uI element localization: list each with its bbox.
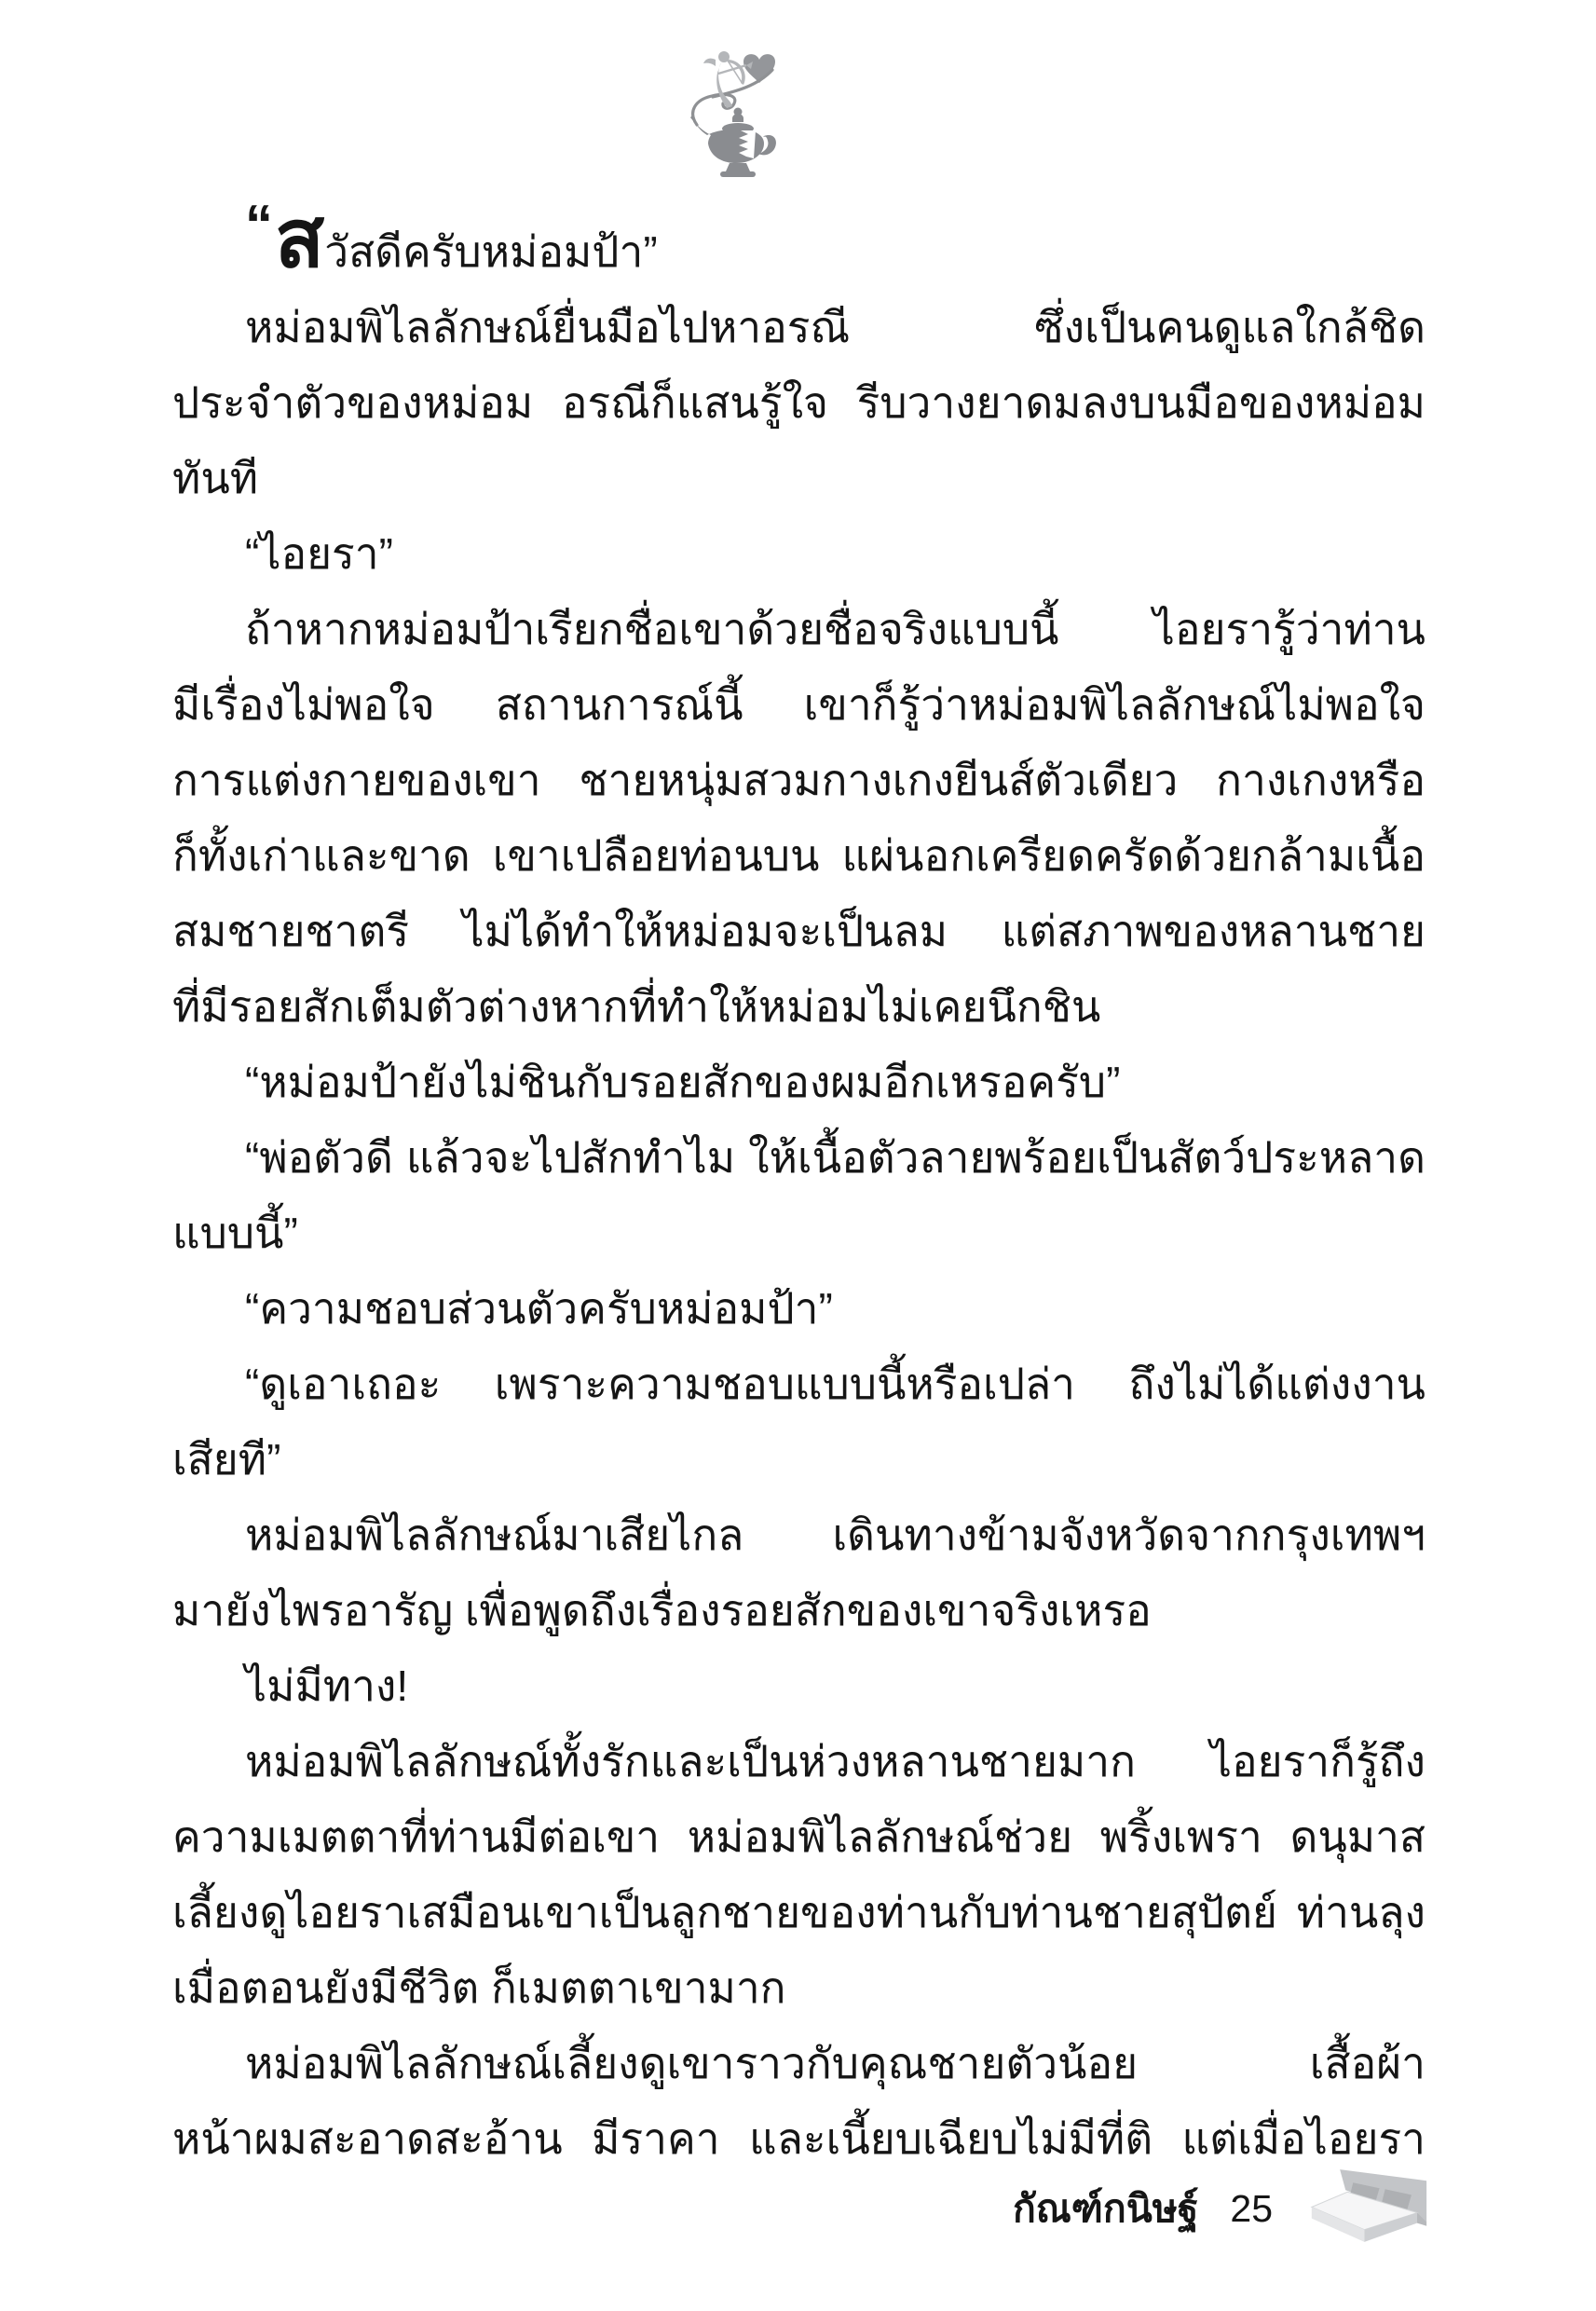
text-line: ถ้าหากหม่อมป้าเรียกชื่อเขาด้วยชื่อจริงแบ… <box>172 592 1425 667</box>
smoke-swirl <box>693 94 735 125</box>
text-line: “ความชอบส่วนตัวครับหม่อมป้า” <box>172 1271 1425 1347</box>
lamp-icon <box>690 108 776 178</box>
heart-icon <box>743 54 775 83</box>
opening-line: “สวัสดีครับหม่อมป้า” <box>172 186 1425 290</box>
text-line: เสียที” <box>172 1422 1425 1497</box>
drop-quote: “ <box>245 193 275 255</box>
text-line: การแต่งกายของเขา ชายหนุ่มสวมกางเกงยีนส์ต… <box>172 743 1425 818</box>
text-line: “ไอยรา” <box>172 516 1425 592</box>
text-line: สมชายชาตรี ไม่ได้ทำให้หม่อมจะเป็นลม แต่ส… <box>172 894 1425 969</box>
text-line: “พ่อตัวดี แล้วจะไปสักทำไม ให้เนื้อตัวลาย… <box>172 1120 1425 1196</box>
text-line: ประจำตัวของหม่อม อรณีก็แสนรู้ใจ รีบวางยา… <box>172 365 1425 441</box>
book-page: “สวัสดีครับหม่อมป้า”หม่อมพิไลลักษณ์ยื่นม… <box>0 0 1596 2311</box>
text-line: ก็ทั้งเก่าและขาด เขาเปลือยท่อนบน แผ่นอกเ… <box>172 818 1425 894</box>
body-text: “สวัสดีครับหม่อมป้า”หม่อมพิไลลักษณ์ยื่นม… <box>172 186 1425 2177</box>
text-line: หม่อมพิไลลักษณ์เลี้ยงดูเขาราวกับคุณชายตั… <box>172 2026 1425 2101</box>
cupid-lamp-logo <box>685 45 778 185</box>
drop-cap: ส <box>275 193 324 284</box>
text-line: ไม่มีทาง! <box>172 1648 1425 1724</box>
text-line: แบบนี้” <box>172 1196 1425 1271</box>
text-line: หม่อมพิไลลักษณ์มาเสียไกล เดินทางข้ามจังห… <box>172 1497 1425 1573</box>
text-line: เลี้ยงดูไอยราเสมือนเขาเป็นลูกชายของท่านก… <box>172 1875 1425 1950</box>
text-line: หม่อมพิไลลักษณ์ทั้งรักและเป็นห่วงหลานชาย… <box>172 1724 1425 1799</box>
footer-page-number: 25 <box>1230 2187 1273 2231</box>
text-line: มีเรื่องไม่พอใจ สถานการณ์นี้ เขาก็รู้ว่า… <box>172 667 1425 743</box>
text-line: เมื่อตอนยังมีชีวิต ก็เมตตาเขามาก <box>172 1950 1425 2026</box>
footer-book-title: กัณฑ์กนิษฐ์ <box>1013 2179 1198 2239</box>
text-line: ที่มีรอยสักเต็มตัวต่างหากที่ทำให้หม่อมไม… <box>172 969 1425 1045</box>
text-line: “ดูเอาเถอะ เพราะความชอบแบบนี้หรือเปล่า ถ… <box>172 1347 1425 1422</box>
bed-icon <box>1304 2164 1439 2253</box>
text-line: หม่อมพิไลลักษณ์ยื่นมือไปหาอรณี ซึ่งเป็นค… <box>172 290 1425 365</box>
text-line: มายังไพรอารัญ เพื่อพูดถึงเรื่องรอยสักของ… <box>172 1573 1425 1648</box>
cupid-lamp-icon <box>685 45 778 185</box>
text-line: ความเมตตาที่ท่านมีต่อเขา หม่อมพิไลลักษณ์… <box>172 1799 1425 1875</box>
text-line: “หม่อมป้ายังไม่ชินกับรอยสักของผมอีกเหรอค… <box>172 1045 1425 1120</box>
text-line: ทันที <box>172 441 1425 516</box>
page-footer: กัณฑ์กนิษฐ์ 25 <box>172 2164 1439 2253</box>
